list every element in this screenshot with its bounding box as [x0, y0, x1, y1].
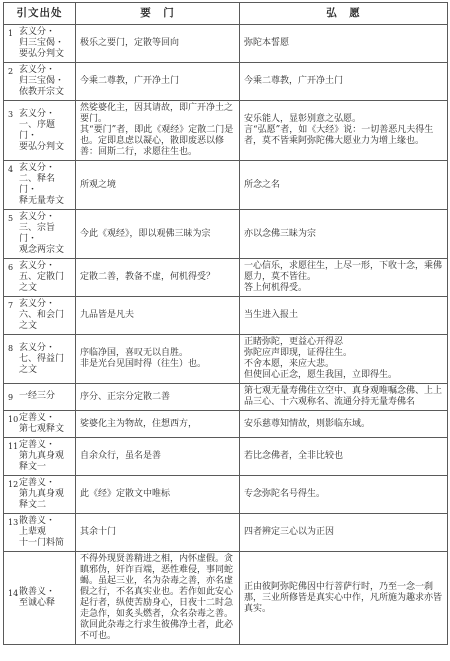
source-cell: 6玄义分・ 五、定散门之文 — [4, 259, 76, 297]
row-number: 8 — [8, 343, 19, 355]
row-number: 9 — [8, 391, 19, 403]
source-text: 玄义分・ 六、和会门之文 — [19, 299, 71, 332]
row-number: 2 — [8, 65, 19, 77]
table-row: 13散善义・ 上辈观 十一门料简 其余十门 四者辨定三心以为正因 — [4, 514, 448, 552]
yaomen-cell: 然娑婆化主，因其请故，即广开净土之要门。 其“要门”者，即此《观经》定散二门是也… — [76, 101, 240, 161]
source-cell: 11定善义・ 第九真身观 释文一 — [4, 438, 76, 476]
hongyuan-cell: 第七观无量寿佛住立空中、真身观唯嘱念佛、上上品三心、十六观称名、流通分持无量寿佛… — [240, 384, 448, 411]
row-number: 7 — [8, 299, 19, 311]
row-number: 3 — [8, 109, 19, 121]
yaomen-cell: 九品皆是凡夫 — [76, 297, 240, 335]
hongyuan-cell: 正由彼阿弥陀佛因中行菩萨行时，乃至一念一刹那，三业所修皆是真实心中作，凡所施为趣… — [240, 552, 448, 645]
source-text: 一经三分 — [19, 391, 71, 402]
table-row: 14散善义・ 至诚心释 不得外现贤善精进之相，内怀虚假。贪瞋邪伪，奸诈百端，恶性… — [4, 552, 448, 645]
table-row: 7玄义分・ 六、和会门之文 九品皆是凡夫 当生进入报土 — [4, 297, 448, 335]
row-number: 5 — [8, 212, 19, 224]
source-text: 定善义・ 第九真身观 释文一 — [19, 440, 71, 473]
header-row: 引文出处 要 门 弘 愿 — [4, 3, 448, 25]
row-number: 6 — [8, 261, 19, 273]
source-cell: 5玄义分・ 三、宗旨门・ 观念两宗文 — [4, 210, 76, 259]
hongyuan-cell: 安乐能人，显彰别意之弘愿。 言“弘愿”者，如《大经》说：一切善恶凡夫得生者，莫不… — [240, 101, 448, 161]
source-cell: 3玄义分・ 一、序题门・ 要弘分判文 — [4, 101, 76, 161]
table-row: 3玄义分・ 一、序题门・ 要弘分判文 然娑婆化主，因其请故，即广开净土之要门。 … — [4, 101, 448, 161]
row-number: 14 — [8, 587, 19, 599]
hongyuan-cell: 弥陀本誓愿 — [240, 25, 448, 63]
row-number: 11 — [8, 440, 19, 452]
header-hongyuan: 弘 愿 — [240, 3, 448, 25]
yaomen-cell: 今乘二尊教，广开净土门 — [76, 63, 240, 101]
hongyuan-cell: 专念弥陀名号得生。 — [240, 476, 448, 514]
table-row: 5玄义分・ 三、宗旨门・ 观念两宗文 今此《观经》，即以观佛三昧为宗 亦以念佛三… — [4, 210, 448, 259]
hongyuan-cell: 当生进入报土 — [240, 297, 448, 335]
hongyuan-cell: 安乐慈尊知情故，则影临东域。 — [240, 411, 448, 438]
source-cell: 14散善义・ 至诚心释 — [4, 552, 76, 645]
yaomen-cell: 自余众行，虽名是善 — [76, 438, 240, 476]
source-text: 定善义・ 第七观释文 — [19, 413, 71, 435]
source-text: 玄义分・ 七、得益门之文 — [19, 343, 71, 376]
table-row: 2玄义分・ 归三宝偈・ 依教开宗文 今乘二尊教，广开净土门 今乘二尊教，广开净土… — [4, 63, 448, 101]
hongyuan-cell: 今乘二尊教，广开净土门 — [240, 63, 448, 101]
table-row: 10定善义・ 第七观释文 娑婆化主为物故，住想西方， 安乐慈尊知情故，则影临东域… — [4, 411, 448, 438]
source-cell: 12定善义・ 第九真身观 释文二 — [4, 476, 76, 514]
source-text: 定善义・ 第九真身观 释文二 — [19, 478, 71, 511]
source-text: 玄义分・ 一、序题门・ 要弘分判文 — [19, 109, 71, 153]
yaomen-cell: 今此《观经》，即以观佛三昧为宗 — [76, 210, 240, 259]
source-cell: 10定善义・ 第七观释文 — [4, 411, 76, 438]
table-row: 11定善义・ 第九真身观 释文一 自余众行，虽名是善 若比念佛者，全非比较也 — [4, 438, 448, 476]
row-number: 1 — [8, 27, 19, 39]
table-row: 6玄义分・ 五、定散门之文 定散二善，教备不虚，何机得受？ 一心信乐，求愿往生，… — [4, 259, 448, 297]
source-text: 玄义分・ 归三宝偈・ 依教开宗文 — [19, 65, 71, 98]
yaomen-cell: 定散二善，教备不虚，何机得受？ — [76, 259, 240, 297]
table-row: 8玄义分・ 七、得益门之文 序临净国，喜叹无以自胜。 非是光台见国时得（往生）也… — [4, 335, 448, 384]
yaomen-cell: 不得外现贤善精进之相，内怀虚假。贪瞋邪伪，奸诈百端，恶性难侵，事同蛇蝎。虽起三业… — [76, 552, 240, 645]
hongyuan-cell: 所念之名 — [240, 161, 448, 210]
yaomen-cell: 极乐之要门，定散等回向 — [76, 25, 240, 63]
source-text: 玄义分・ 归三宝偈・ 要弘分判文 — [19, 27, 71, 60]
yaomen-cell: 序分、正宗分定散二善 — [76, 384, 240, 411]
hongyuan-cell: 一心信乐，求愿往生，上尽一形，下收十念，乘佛愿力，莫不皆往。 答上何机得受。 — [240, 259, 448, 297]
table-row: 4玄义分・ 二、释名门・ 释无量寿文 所观之境 所念之名 — [4, 161, 448, 210]
yaomen-cell: 此《经》定散文中唯标 — [76, 476, 240, 514]
source-cell: 1玄义分・ 归三宝偈・ 要弘分判文 — [4, 25, 76, 63]
header-yaomen: 要 门 — [76, 3, 240, 25]
source-cell: 2玄义分・ 归三宝偈・ 依教开宗文 — [4, 63, 76, 101]
row-number: 13 — [8, 516, 19, 528]
source-text: 玄义分・ 五、定散门之文 — [19, 261, 71, 294]
comparison-table: 引文出处 要 门 弘 愿 1玄义分・ 归三宝偈・ 要弘分判文 极乐之要门，定散等… — [3, 2, 448, 645]
row-number: 10 — [8, 413, 19, 425]
table-row: 9一经三分 序分、正宗分定散二善 第七观无量寿佛住立空中、真身观唯嘱念佛、上上品… — [4, 384, 448, 411]
table-row: 12定善义・ 第九真身观 释文二 此《经》定散文中唯标 专念弥陀名号得生。 — [4, 476, 448, 514]
source-cell: 9一经三分 — [4, 384, 76, 411]
source-text: 散善义・ 至诚心释 — [19, 587, 71, 609]
source-text: 玄义分・ 三、宗旨门・ 观念两宗文 — [19, 212, 71, 256]
hongyuan-cell: 四者辨定三心以为正因 — [240, 514, 448, 552]
source-cell: 4玄义分・ 二、释名门・ 释无量寿文 — [4, 161, 76, 210]
source-cell: 13散善义・ 上辈观 十一门料简 — [4, 514, 76, 552]
header-source: 引文出处 — [4, 3, 76, 25]
source-cell: 7玄义分・ 六、和会门之文 — [4, 297, 76, 335]
hongyuan-cell: 若比念佛者，全非比较也 — [240, 438, 448, 476]
table-row: 1玄义分・ 归三宝偈・ 要弘分判文 极乐之要门，定散等回向 弥陀本誓愿 — [4, 25, 448, 63]
row-number: 4 — [8, 163, 19, 175]
row-number: 12 — [8, 478, 19, 490]
source-text: 散善义・ 上辈观 十一门料简 — [19, 516, 71, 549]
yaomen-cell: 其余十门 — [76, 514, 240, 552]
document-page: 引文出处 要 门 弘 愿 1玄义分・ 归三宝偈・ 要弘分判文 极乐之要门，定散等… — [0, 0, 450, 661]
source-cell: 8玄义分・ 七、得益门之文 — [4, 335, 76, 384]
yaomen-cell: 娑婆化主为物故，住想西方， — [76, 411, 240, 438]
hongyuan-cell: 亦以念佛三昧为宗 — [240, 210, 448, 259]
source-text: 玄义分・ 二、释名门・ 释无量寿文 — [19, 163, 71, 207]
yaomen-cell: 所观之境 — [76, 161, 240, 210]
yaomen-cell: 序临净国，喜叹无以自胜。 非是光台见国时得（往生）也。 — [76, 335, 240, 384]
hongyuan-cell: 正睹弥陀，更益心开得忍 弥陀应声即现，证得往生。 不舍本愿，来应大悲。 但使回心… — [240, 335, 448, 384]
